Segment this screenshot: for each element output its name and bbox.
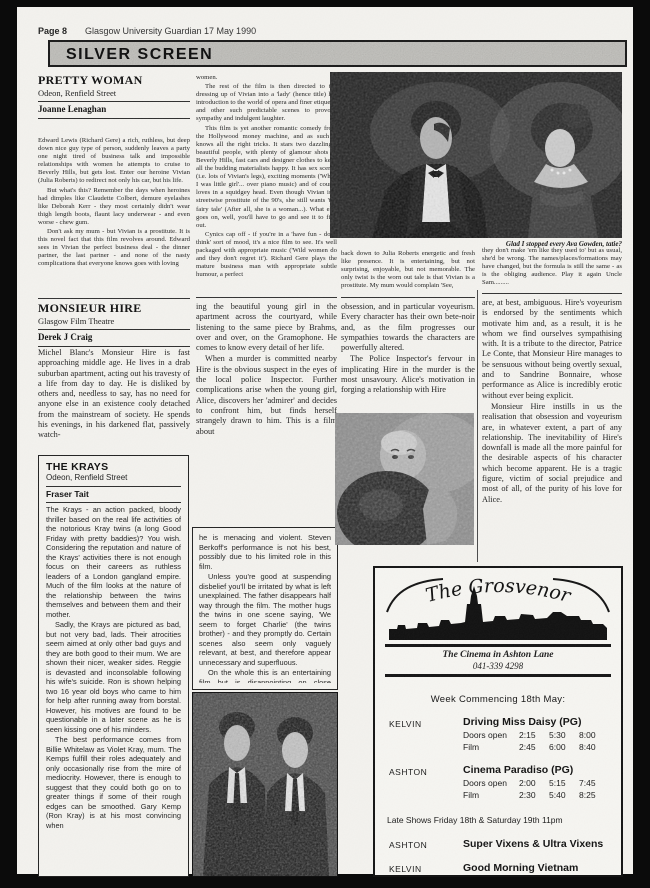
article-body-column: ing the beautiful young girl in the apar… [196, 297, 337, 469]
article-paragraph: Unless you're good at suspending disbeli… [199, 572, 331, 667]
ad-time: 2:15 [519, 730, 549, 740]
article-body-column: Edward Lewis (Richard Gere) a rich, ruth… [38, 137, 190, 295]
pretty-woman-photo-image [330, 72, 622, 238]
ad-time: 2:00 [519, 778, 549, 788]
ad-times-label: Doors open [463, 730, 519, 740]
ad-time: 5:40 [549, 790, 579, 800]
article-paragraph: they don't make 'em like they used to' b… [482, 247, 622, 287]
section-banner-title: SILVER SCREEN [66, 45, 213, 65]
article-byline: Joanne Lenaghan [38, 104, 190, 115]
article-paragraph: The Police Inspector's fervour in implic… [341, 354, 475, 395]
article-title: THE KRAYS [46, 461, 181, 473]
ad-times-row: Film2:456:008:40 [463, 742, 609, 752]
ad-time: 8:00 [579, 730, 609, 740]
ad-phone: 041-339 4298 [375, 661, 621, 671]
section-banner: SILVER SCREEN [48, 40, 627, 67]
article-paragraph: Edward Lewis (Richard Gere) a rich, ruth… [38, 137, 190, 186]
article-paragraph: The rest of the film is then directed to… [196, 83, 337, 123]
krays-photo-image [193, 693, 337, 876]
article-venue: Odeon, Renfield Street [46, 473, 181, 483]
ad-late-shows: Late Shows Friday 18th & Saturday 19th 1… [387, 815, 563, 825]
article-venue: Odeon, Renfield Street [38, 88, 190, 98]
article-body-column: are, at best, ambiguous. Hire's voyeuris… [482, 293, 622, 561]
divider [38, 101, 190, 102]
grosvenor-ad: The Grosvenor The Cinema in Ashton Lane … [373, 566, 623, 877]
krays-photo [192, 692, 338, 877]
article-title: PRETTY WOMAN [38, 74, 190, 87]
page-number: Page 8 [38, 26, 67, 37]
ad-screen-label: ASHTON [389, 767, 427, 777]
article-pretty-woman-head: PRETTY WOMAN Odeon, Renfield Street Joan… [38, 74, 190, 121]
ad-time: 5:30 [549, 730, 579, 740]
svg-text:The Grosvenor: The Grosvenor [423, 575, 574, 608]
article-paragraph: he is menacing and violent. Steven Berko… [199, 533, 331, 571]
article-the-krays-box: THE KRAYS Odeon, Renfield Street Fraser … [38, 455, 189, 877]
masthead: Glasgow University Guardian 17 May 1990 [85, 26, 256, 37]
ad-divider [385, 644, 611, 647]
ad-time: 7:45 [579, 778, 609, 788]
article-body-column: back down to Julia Roberts energetic and… [341, 250, 475, 294]
article-body-column: Michel Blanc's Monsieur Hire is fast app… [38, 348, 190, 454]
article-byline: Derek J Craig [38, 332, 190, 343]
article-body-column: they don't make 'em like they used to' b… [482, 247, 622, 291]
divider [46, 486, 181, 487]
ad-time: 2:30 [519, 790, 549, 800]
ad-times-row: Doors open2:155:308:00 [463, 730, 609, 740]
ad-time: 8:40 [579, 742, 609, 752]
article-paragraph: Michel Blanc's Monsieur Hire is fast app… [38, 348, 190, 441]
article-paragraph: ing the beautiful young girl in the apar… [196, 302, 337, 353]
grosvenor-name: The Grosvenor [423, 575, 574, 608]
divider [38, 346, 190, 347]
article-paragraph: On the whole this is an entertaining fil… [199, 668, 331, 683]
article-the-krays-continuation-box: he is menacing and violent. Steven Berko… [192, 527, 338, 690]
ad-time: 5:15 [549, 778, 579, 788]
article-body-column: women. The rest of the film is then dire… [196, 74, 337, 294]
ad-week-heading: Week Commencing 18th May: [375, 694, 621, 705]
ad-tagline: The Cinema in Ashton Lane [375, 650, 621, 661]
divider [38, 329, 190, 330]
article-paragraph: obsession, and in particular voyeurism. … [341, 302, 475, 353]
article-paragraph: The Krays - an action packed, bloody thr… [46, 505, 181, 619]
ad-screen-label: ASHTON [389, 840, 427, 850]
article-paragraph: Cynics cap off - if you're in a 'have fu… [196, 231, 337, 280]
monsieur-hire-photo [335, 413, 474, 545]
article-paragraph: When a murder is committed nearby Hire i… [196, 354, 337, 436]
article-byline: Fraser Tait [46, 489, 181, 499]
article-paragraph: Monsieur Hire instills in us the realisa… [482, 402, 622, 505]
ad-divider [385, 674, 611, 677]
ad-time: 2:45 [519, 742, 549, 752]
article-paragraph: are, at best, ambiguous. Hire's voyeuris… [482, 298, 622, 401]
article-paragraph: This film is yet another romantic comedy… [196, 125, 337, 230]
ad-film-title: Cinema Paradiso (PG) [463, 764, 573, 776]
article-body-column: obsession, and in particular voyeurism. … [341, 297, 475, 409]
article-paragraph: The best performance comes from Billie W… [46, 735, 181, 830]
column-divider [477, 290, 478, 562]
ad-times-label: Doors open [463, 778, 519, 788]
ad-film-title: Super Vixens & Ultra Vixens [463, 838, 603, 850]
article-monsieur-hire-head: MONSIEUR HIRE Glasgow Film Theatre Derek… [38, 298, 190, 349]
monsieur-hire-photo-image [335, 413, 474, 545]
ad-film-title: Good Morning Vietnam [463, 862, 578, 874]
article-body-column: he is menacing and violent. Steven Berko… [199, 533, 331, 683]
grosvenor-logo: The Grosvenor [381, 572, 615, 642]
article-paragraph: But what's this? Remember the days when … [38, 187, 190, 227]
ad-times-row: Doors open2:005:157:45 [463, 778, 609, 788]
ad-times-label: Film [463, 790, 519, 800]
article-body-column: The Krays - an action packed, bloody thr… [46, 505, 181, 850]
article-venue: Glasgow Film Theatre [38, 316, 190, 326]
article-paragraph: women. [196, 74, 337, 82]
article-paragraph: Sadly, the Krays are pictured as bad, bu… [46, 620, 181, 734]
newspaper-page: Page 8 Glasgow University Guardian 17 Ma… [17, 7, 633, 874]
divider [38, 118, 190, 119]
pretty-woman-photo [330, 72, 622, 238]
ad-screen-label: KELVIN [389, 719, 422, 729]
ad-times-row: Film2:305:408:25 [463, 790, 609, 800]
divider [46, 502, 181, 503]
article-paragraph: Don't ask my mum - but Vivian is a prost… [38, 228, 190, 268]
article-title: MONSIEUR HIRE [38, 302, 190, 315]
ad-time: 8:25 [579, 790, 609, 800]
ad-times-label: Film [463, 742, 519, 752]
ad-time: 6:00 [549, 742, 579, 752]
ad-film-title: Driving Miss Daisy (PG) [463, 716, 581, 728]
article-paragraph: back down to Julia Roberts energetic and… [341, 250, 475, 290]
ad-screen-label: KELVIN [389, 864, 422, 874]
